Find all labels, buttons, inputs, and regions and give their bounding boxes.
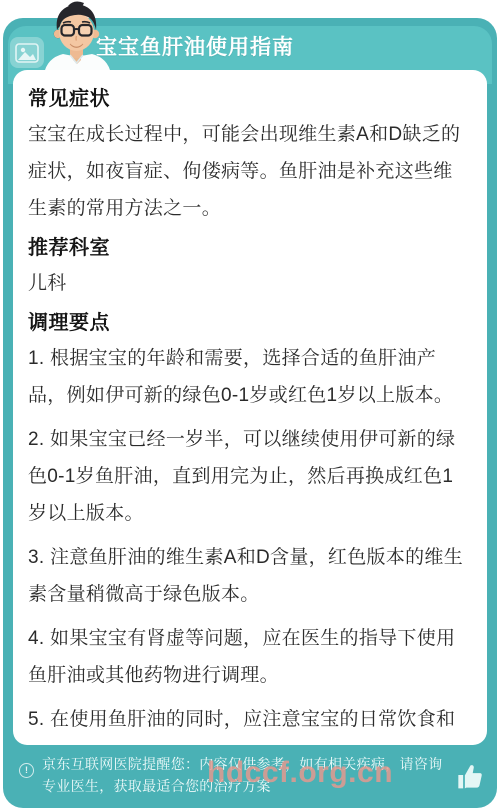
section-heading: 推荐科室 — [28, 234, 469, 262]
list-item: 5. 在使用鱼肝油的同时，应注意宝宝的日常饮食和生活习惯，保证充足的阳光照射和均… — [28, 701, 469, 745]
section-paragraph: 儿科 — [28, 265, 469, 302]
section-paragraph: 宝宝在成长过程中，可能会出现维生素A和D缺乏的症状，如夜盲症、佝偻病等。鱼肝油是… — [28, 116, 469, 227]
content-card: 常见症状 宝宝在成长过程中，可能会出现维生素A和D缺乏的症状，如夜盲症、佝偻病等… — [13, 70, 487, 745]
page: 宝宝鱼肝油使用指南 常见症状 宝宝在成长过程中，可能会出现维生素A和D缺乏的症状… — [0, 0, 500, 811]
section-common-symptoms: 常见症状 宝宝在成长过程中，可能会出现维生素A和D缺乏的症状，如夜盲症、佝偻病等… — [28, 85, 469, 227]
list-item: 4. 如果宝宝有肾虚等问题，应在医生的指导下使用鱼肝油或其他药物进行调理。 — [28, 620, 469, 694]
section-heading: 常见症状 — [28, 85, 469, 113]
thumbs-up-icon — [455, 761, 487, 793]
list-item: 2. 如果宝宝已经一岁半，可以继续使用伊可新的绿色0-1岁鱼肝油，直到用完为止，… — [28, 421, 469, 532]
section-care-points: 调理要点 1. 根据宝宝的年龄和需要，选择合适的鱼肝油产品，例如伊可新的绿色0-… — [28, 309, 469, 745]
section-heading: 调理要点 — [28, 309, 469, 337]
page-title: 宝宝鱼肝油使用指南 — [96, 31, 416, 61]
info-circle-icon: ! — [19, 763, 34, 778]
disclaimer-text: 京东互联网医院提醒您：内容仅供参考，如有相关疾病，请咨询专业医生，获取最适合您的… — [42, 753, 446, 797]
list-item: 1. 根据宝宝的年龄和需要，选择合适的鱼肝油产品，例如伊可新的绿色0-1岁或红色… — [28, 340, 469, 414]
footer: ! 京东互联网医院提醒您：内容仅供参考，如有相关疾病，请咨询专业医生，获取最适合… — [19, 753, 488, 797]
section-recommended-department: 推荐科室 儿科 — [28, 234, 469, 302]
list-item: 3. 注意鱼肝油的维生素A和D含量，红色版本的维生素含量稍微高于绿色版本。 — [28, 539, 469, 613]
thumbs-up-button[interactable] — [454, 761, 488, 795]
